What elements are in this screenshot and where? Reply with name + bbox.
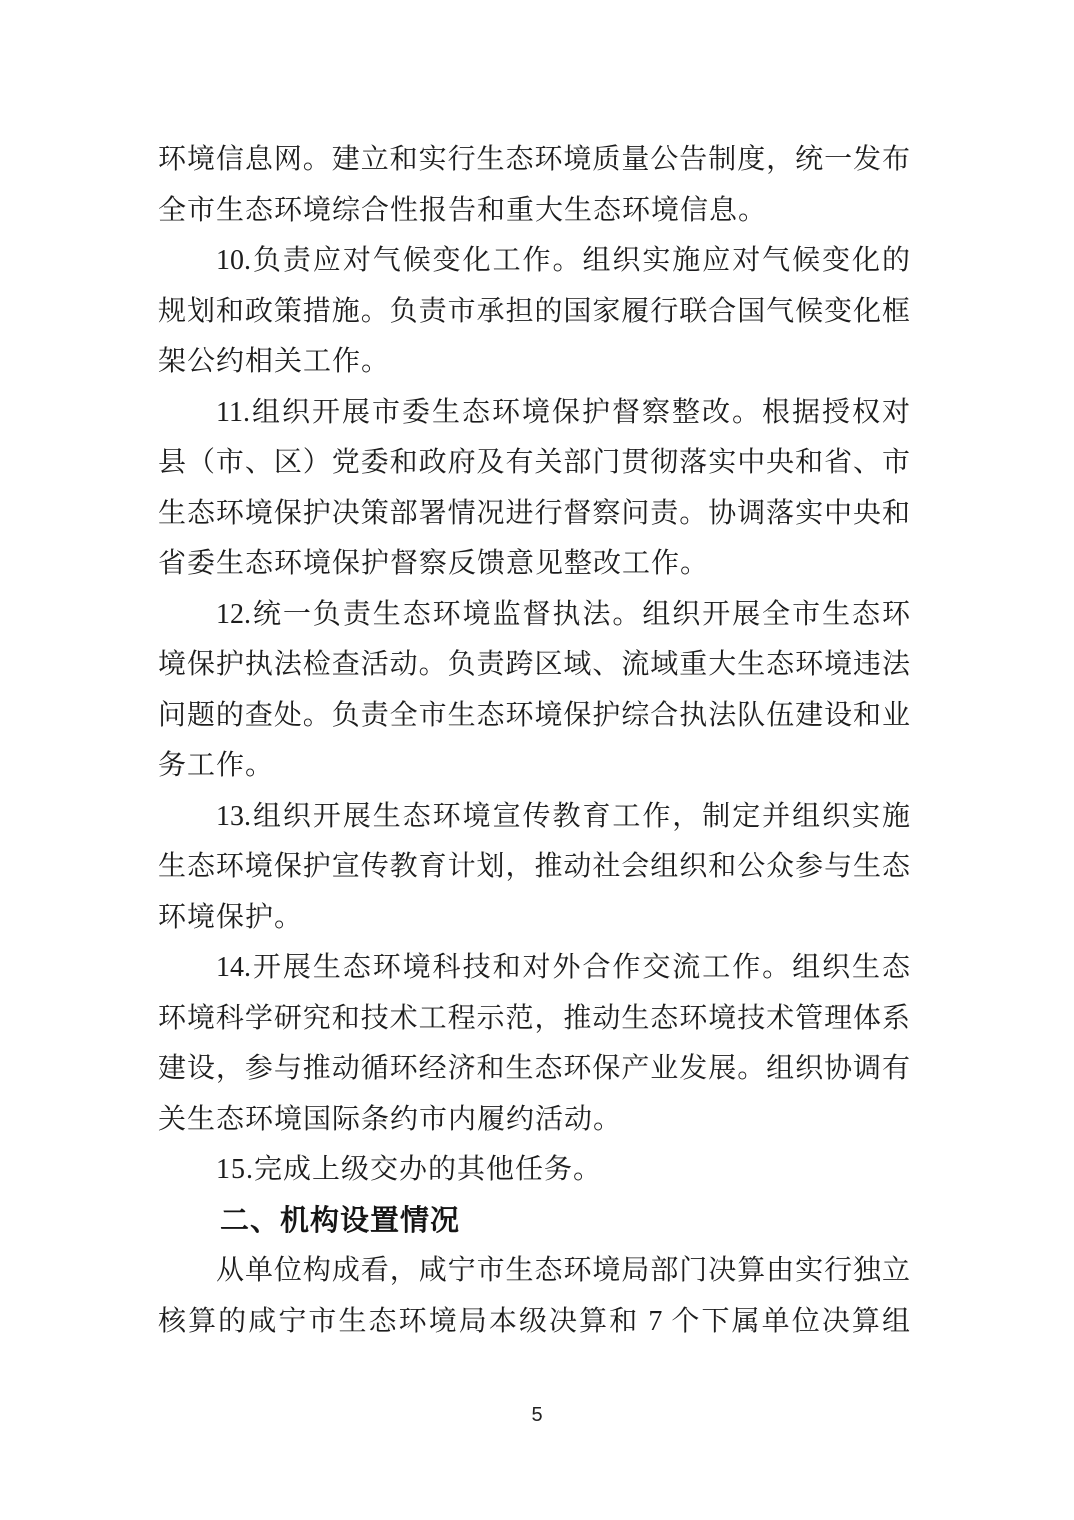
- text-line: 县（市、区）党委和政府及有关部门贯彻落实中央和省、市: [158, 438, 910, 489]
- text-line: 境保护执法检查活动。负责跨区域、流域重大生态环境违法: [158, 640, 910, 691]
- page-number: 5: [0, 1403, 1074, 1427]
- text-line: 10.负责应对气候变化工作。组织实施应对气候变化的: [158, 236, 910, 287]
- document-body: 环境信息网。建立和实行生态环境质量公告制度，统一发布全市生态环境综合性报告和重大…: [158, 135, 910, 1347]
- document-page: 环境信息网。建立和实行生态环境质量公告制度，统一发布全市生态环境综合性报告和重大…: [0, 0, 1074, 1520]
- text-line: 从单位构成看，咸宁市生态环境局部门决算由实行独立: [158, 1246, 910, 1297]
- text-line: 二、机构设置情况: [158, 1196, 910, 1247]
- text-line: 核算的咸宁市生态环境局本级决算和 7 个下属单位决算组: [158, 1297, 910, 1348]
- text-line: 规划和政策措施。负责市承担的国家履行联合国气候变化框: [158, 287, 910, 338]
- text-line: 环境科学研究和技术工程示范，推动生态环境技术管理体系: [158, 994, 910, 1045]
- text-line: 11.组织开展市委生态环境保护督察整改。根据授权对: [158, 388, 910, 439]
- text-line: 15.完成上级交办的其他任务。: [158, 1145, 910, 1196]
- text-line: 关生态环境国际条约市内履约活动。: [158, 1095, 910, 1146]
- text-line: 问题的查处。负责全市生态环境保护综合执法队伍建设和业: [158, 691, 910, 742]
- text-line: 12.统一负责生态环境监督执法。组织开展全市生态环: [158, 590, 910, 641]
- text-line: 务工作。: [158, 741, 910, 792]
- text-line: 全市生态环境综合性报告和重大生态环境信息。: [158, 186, 910, 237]
- text-line: 环境信息网。建立和实行生态环境质量公告制度，统一发布: [158, 135, 910, 186]
- text-line: 生态环境保护宣传教育计划，推动社会组织和公众参与生态: [158, 842, 910, 893]
- text-line: 生态环境保护决策部署情况进行督察问责。协调落实中央和: [158, 489, 910, 540]
- text-line: 环境保护。: [158, 893, 910, 944]
- text-line: 省委生态环境保护督察反馈意见整改工作。: [158, 539, 910, 590]
- text-line: 14.开展生态环境科技和对外合作交流工作。组织生态: [158, 943, 910, 994]
- text-line: 13.组织开展生态环境宣传教育工作，制定并组织实施: [158, 792, 910, 843]
- text-line: 架公约相关工作。: [158, 337, 910, 388]
- text-line: 建设，参与推动循环经济和生态环保产业发展。组织协调有: [158, 1044, 910, 1095]
